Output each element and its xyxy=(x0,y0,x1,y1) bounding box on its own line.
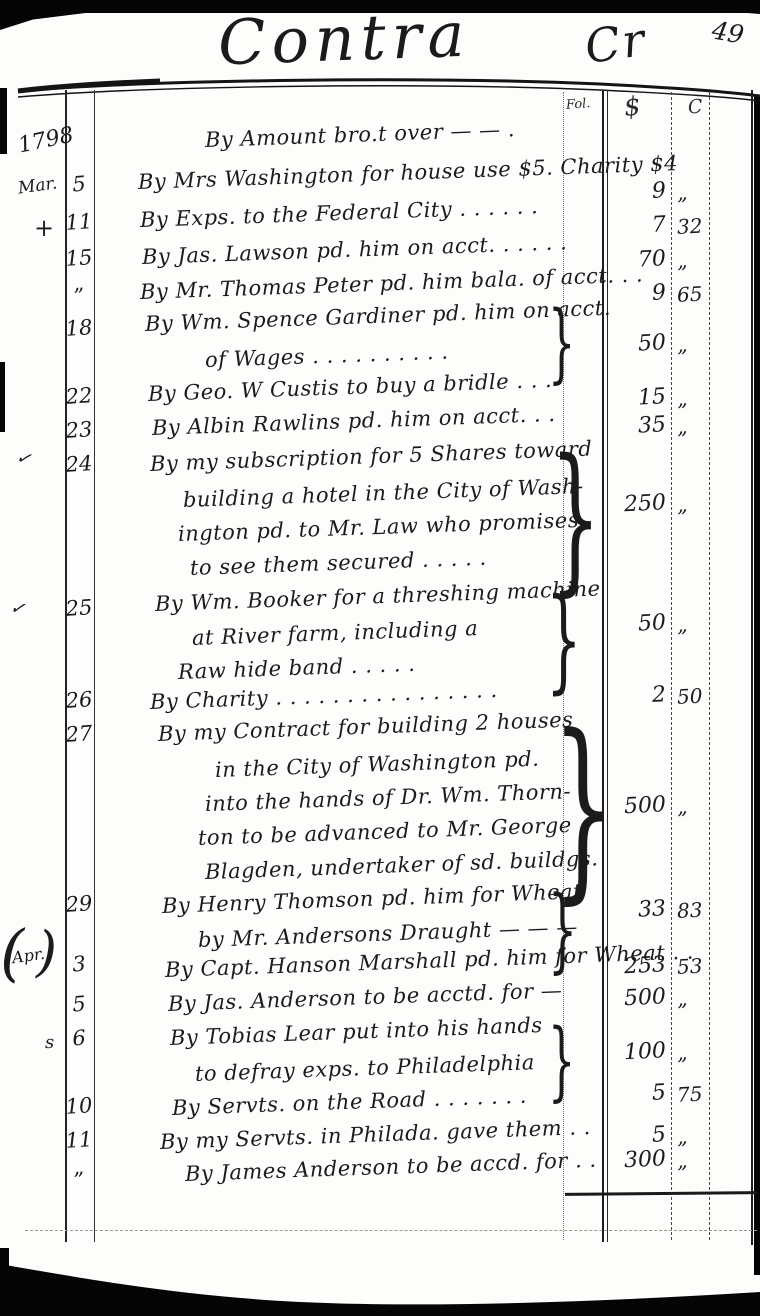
month-march-label: Mar. xyxy=(17,173,59,198)
entry-cents: „ xyxy=(676,1039,711,1065)
entry-day: ” xyxy=(63,1167,95,1193)
entry-text: By James Anderson to be accd. for . . xyxy=(185,1148,597,1186)
entry-day: 5 xyxy=(63,171,95,197)
entry-dollars: 253 xyxy=(593,952,666,981)
heading-rule xyxy=(0,0,760,110)
entry-dollars: 5 xyxy=(593,1080,666,1109)
entry-day: 26 xyxy=(63,687,95,713)
entry-cents: „ xyxy=(676,385,711,411)
entry-dollars: 33 xyxy=(593,896,666,925)
scan-border-right xyxy=(754,95,760,1275)
scan-border-left-2 xyxy=(0,362,5,432)
entry-text: By Henry Thomson pd. him for Wheat xyxy=(162,879,583,918)
entry-cents: „ xyxy=(676,1123,711,1149)
entry-dollars: 500 xyxy=(593,984,666,1013)
entry-dollars: 100 xyxy=(593,1038,666,1067)
entry-text: of Wages . . . . . . . . . . xyxy=(205,340,449,372)
entry-text: By Wm. Spence Gardiner pd. him on acct. xyxy=(145,296,612,336)
entry-dollars: 7 xyxy=(593,212,666,241)
rule-cents-left xyxy=(671,92,672,1240)
entry-day: 22 xyxy=(63,383,95,409)
column-header-dollars: $ xyxy=(622,91,642,123)
entry-text: to defray exps. to Philadelphia xyxy=(195,1050,536,1086)
curly-brace: } xyxy=(550,438,601,598)
entry-cents: „ xyxy=(676,985,711,1011)
entry-cents: „ xyxy=(676,491,711,517)
entry-text: By Amount bro.t over — — . xyxy=(205,117,516,152)
entry-cents: 53 xyxy=(676,953,711,979)
entry-text: By my Contract for building 2 houses xyxy=(158,708,574,746)
entry-cents: „ xyxy=(676,793,711,819)
entry-text: at River farm, including a xyxy=(192,616,479,650)
entry-text: By Geo. W Custis to buy a bridle . . . xyxy=(148,368,553,406)
entry-cents: „ xyxy=(676,179,711,205)
entry-day: 18 xyxy=(63,315,95,341)
column-header-folio: Fol. xyxy=(566,96,591,113)
entry-cents: „ xyxy=(676,611,711,637)
scan-border-bottom xyxy=(0,1254,760,1316)
entry-text: By my Servts. in Philada. gave them . . xyxy=(160,1115,592,1154)
entry-text: By Tobias Lear put into his hands xyxy=(170,1013,543,1050)
entry-dollars: 500 xyxy=(593,792,666,821)
entry-text: in the City of Washington pd. xyxy=(215,747,540,782)
entry-cents: 83 xyxy=(676,897,711,923)
entry-day: 29 xyxy=(63,891,95,917)
curly-brace: } xyxy=(548,1018,575,1104)
entry-cents: „ xyxy=(676,1147,711,1173)
entry-day: ” xyxy=(63,283,95,309)
small-mark: s xyxy=(45,1032,54,1053)
entry-cents: 50 xyxy=(676,683,711,709)
entry-dollars: 300 xyxy=(593,1146,666,1175)
entry-day: 27 xyxy=(63,721,95,747)
bottom-dashed-rule xyxy=(25,1230,757,1231)
entry-text: By Charity . . . . . . . . . . . . . . .… xyxy=(150,678,498,714)
month-april-paren-close: ) xyxy=(36,920,57,983)
entry-text: building a hotel in the City of Wash- xyxy=(183,474,584,512)
entry-text: Blagden, undertaker of sd. buildgs. xyxy=(205,846,599,884)
entry-text: to see them secured . . . . . xyxy=(190,546,487,580)
column-header-cents: C xyxy=(687,96,703,119)
entry-dollars: 50 xyxy=(593,610,666,639)
entry-cents: „ xyxy=(676,247,711,273)
entry-text: By Exps. to the Federal City . . . . . . xyxy=(140,194,539,232)
check-mark-1: ✓ xyxy=(14,446,34,470)
entry-text: By Servts. on the Road . . . . . . . xyxy=(172,1084,528,1120)
total-rule xyxy=(565,1191,757,1196)
entry-cents: 32 xyxy=(676,213,711,239)
entry-day: 25 xyxy=(63,595,95,621)
entry-day: 11 xyxy=(63,209,95,235)
entry-text: By Jas. Anderson to be acctd. for — xyxy=(168,978,563,1016)
entry-day: 11 xyxy=(63,1127,95,1153)
entry-cents: 65 xyxy=(676,281,711,307)
entry-dollars: 35 xyxy=(593,412,666,441)
entry-day: 3 xyxy=(63,951,95,977)
check-mark-2: ✓ xyxy=(8,597,27,620)
curly-brace: } xyxy=(548,300,575,386)
entry-cents: 75 xyxy=(676,1081,711,1107)
entry-dollars: 9 xyxy=(593,178,666,207)
entry-day: 23 xyxy=(63,417,95,443)
entry-day: 15 xyxy=(63,245,95,271)
entry-dollars: 250 xyxy=(593,490,666,519)
curly-brace: } xyxy=(546,584,582,696)
entry-cents: „ xyxy=(676,331,711,357)
entry-dollars: 50 xyxy=(593,330,666,359)
entry-text: By Albin Rawlins pd. him on acct. . . xyxy=(152,402,556,440)
entry-text: By Jas. Lawson pd. him on acct. . . . . … xyxy=(142,230,568,269)
entry-cents: „ xyxy=(676,413,711,439)
entry-text: ington pd. to Mr. Law who promises xyxy=(178,508,580,546)
entry-day: 24 xyxy=(63,451,95,477)
entry-text: into the hands of Dr. Wm. Thorn- xyxy=(205,779,572,816)
rule-page-right xyxy=(751,90,753,1245)
entry-text: By Wm. Booker for a threshing machine xyxy=(155,576,601,616)
ledger-page: Contra Cr 49 Fol. $ C 1798 Mar. + ✓ ✓ ( … xyxy=(0,0,760,1316)
entry-text: ton to be advanced to Mr. George xyxy=(198,813,572,850)
entry-day: 6 xyxy=(63,1025,95,1051)
entry-day: 10 xyxy=(63,1093,95,1119)
entry-text: By my subscription for 5 Shares toward xyxy=(150,437,593,476)
entry-dollars: 15 xyxy=(593,384,666,413)
plus-mark: + xyxy=(34,214,54,242)
entry-text: Raw hide band . . . . . xyxy=(178,652,416,684)
entry-day: 5 xyxy=(63,991,95,1017)
